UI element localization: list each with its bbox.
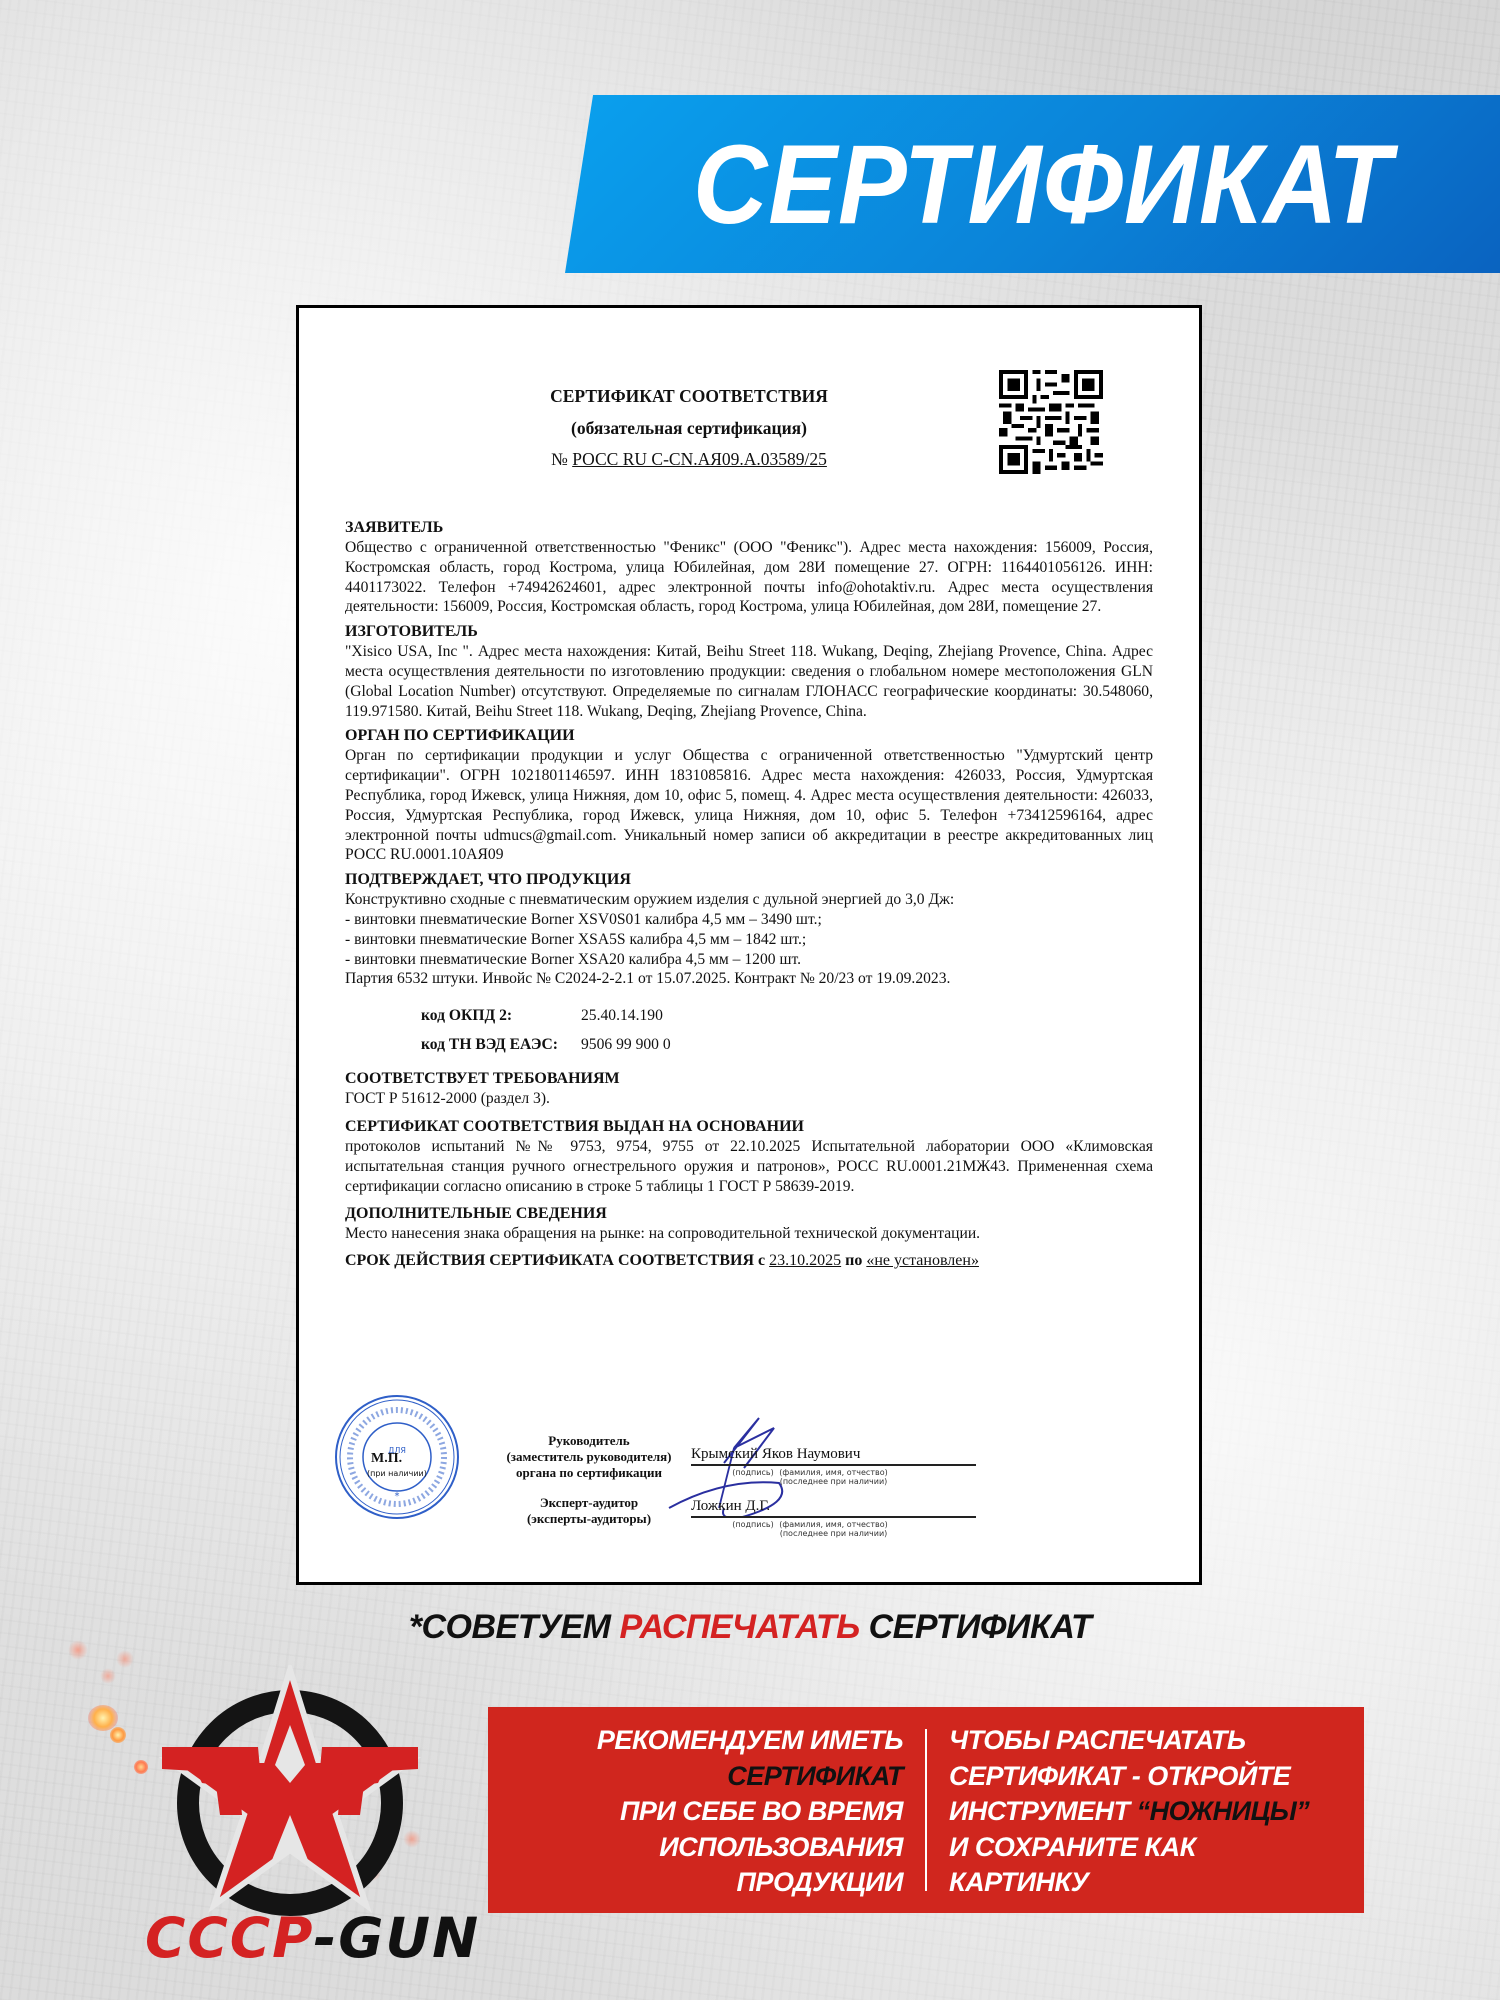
brand-part-gun: -GUN [313, 1906, 480, 1970]
title-banner: СЕРТИФИКАТ [565, 95, 1500, 273]
code-row-tnved: код ТН ВЭД ЕАЭС: 9506 99 900 0 [421, 1030, 1153, 1059]
info-box: РЕКОМЕНДУЕМ ИМЕТЬ СЕРТИФИКАТ ПРИ СЕБЕ ВО… [488, 1707, 1364, 1913]
section-heading: ПОДТВЕРЖДАЕТ, ЧТО ПРОДУКЦИЯ [345, 870, 1153, 890]
info-line: КАРТИНКУ [949, 1865, 1364, 1901]
advice-highlight: РАСПЕЧАТАТЬ [619, 1608, 859, 1646]
certificate-subtitle: (обязательная сертификация) [299, 412, 1079, 444]
info-line: И СОХРАНИТЕ КАК [949, 1830, 1364, 1866]
validity-label: СРОК ДЕЙСТВИЯ СЕРТИФИКАТА СООТВЕТСТВИЯ [345, 1252, 754, 1269]
number-prefix: № [551, 449, 568, 469]
certificate-title: СЕРТИФИКАТ СООТВЕТСТВИЯ [299, 380, 1079, 412]
section-manufacturer: ИЗГОТОВИТЕЛЬ "Xisico USA, Inc ". Адрес м… [345, 622, 1153, 721]
certificate-header: СЕРТИФИКАТ СООТВЕТСТВИЯ (обязательная се… [299, 380, 1079, 474]
expert-signatory-name: Ложкин Д.Г. [691, 1498, 770, 1515]
stamp-note: (при наличии) [367, 1469, 427, 1478]
svg-text:*: * [395, 1491, 400, 1502]
product-item: - винтовки пневматические Borner XSA20 к… [345, 950, 1153, 970]
info-line: ИНСТРУМЕНТ “НОЖНИЦЫ” [949, 1794, 1364, 1830]
head-name-line [691, 1464, 976, 1466]
code-label: код ТН ВЭД ЕАЭС: [421, 1030, 581, 1059]
section-text: ГОСТ Р 51612-2000 (раздел 3). [345, 1089, 1153, 1109]
code-value: 25.40.14.190 [581, 1001, 663, 1030]
info-line: РЕКОМЕНДУЕМ ИМЕТЬ [488, 1723, 903, 1759]
section-heading: СЕРТИФИКАТ СООТВЕТСТВИЯ ВЫДАН НА ОСНОВАН… [345, 1117, 1153, 1137]
section-cert-body: ОРГАН ПО СЕРТИФИКАЦИИ Орган по сертифика… [345, 726, 1153, 865]
section-additional: ДОПОЛНИТЕЛЬНЫЕ СВЕДЕНИЯ Место нанесения … [345, 1204, 1153, 1244]
section-basis: СЕРТИФИКАТ СООТВЕТСТВИЯ ВЫДАН НА ОСНОВАН… [345, 1117, 1153, 1196]
expert-name-line [691, 1516, 976, 1518]
info-line-part: ИНСТРУМЕНТ [949, 1796, 1137, 1826]
info-column-howto: ЧТОБЫ РАСПЕЧАТАТЬ СЕРТИФИКАТ - ОТКРОЙТЕ … [927, 1707, 1364, 1913]
section-requirements: СООТВЕТСТВУЕТ ТРЕБОВАНИЯМ ГОСТ Р 51612-2… [345, 1069, 1153, 1109]
validity-to-value: «не установлен» [866, 1252, 979, 1269]
certificate-document: СЕРТИФИКАТ СООТВЕТСТВИЯ (обязательная се… [296, 305, 1202, 1585]
product-codes: код ОКПД 2: 25.40.14.190 код ТН ВЭД ЕАЭС… [421, 1001, 1153, 1059]
product-item: - винтовки пневматические Borner XSV0S01… [345, 910, 1153, 930]
product-intro: Конструктивно сходные с пневматическим о… [345, 890, 1153, 910]
section-heading: ОРГАН ПО СЕРТИФИКАЦИИ [345, 726, 1153, 746]
section-heading: ИЗГОТОВИТЕЛЬ [345, 622, 1153, 642]
banner-title: СЕРТИФИКАТ [640, 95, 1445, 273]
head-role-line: (заместитель руководителя) [494, 1449, 684, 1465]
validity-from-date: 23.10.2025 [769, 1252, 841, 1269]
advice-prefix: *СОВЕТУЕМ [409, 1608, 620, 1646]
expert-role-line: (эксперты-аудиторы) [494, 1511, 684, 1527]
signatory-roles: Руководитель (заместитель руководителя) … [494, 1433, 684, 1527]
code-label: код ОКПД 2: [421, 1001, 581, 1030]
product-batch: Партия 6532 штуки. Инвойс № С2024-2-2.1 … [345, 969, 1153, 989]
section-text: Орган по сертификации продукции и услуг … [345, 746, 1153, 865]
certificate-number: № РОСС RU C-CN.АЯ09.А.03589/25 [299, 444, 1079, 474]
name-caption-line: (последнее при наличии) [691, 1529, 976, 1538]
section-product: ПОДТВЕРЖДАЕТ, ЧТО ПРОДУКЦИЯ Конструктивн… [345, 870, 1153, 1059]
section-text: Место нанесения знака обращения на рынке… [345, 1224, 1153, 1244]
head-signatory-name: Крымский Яков Наумович [691, 1446, 860, 1463]
section-heading: ДОПОЛНИТЕЛЬНЫЕ СВЕДЕНИЯ [345, 1204, 1153, 1224]
name-caption-line: (последнее при наличии) [691, 1477, 976, 1486]
name-caption-line: (фамилия, имя, отчество) [691, 1468, 976, 1477]
section-text: Общество с ограниченной ответственностью… [345, 538, 1153, 617]
info-line: ПРОДУКЦИИ [488, 1865, 903, 1901]
head-role-line: органа по сертификации [494, 1465, 684, 1481]
info-line-highlight: “НОЖНИЦЫ” [1137, 1796, 1310, 1826]
validity-from-word: с [758, 1252, 765, 1269]
head-name-caption: (фамилия, имя, отчество) (последнее при … [691, 1468, 976, 1486]
code-row-okpd: код ОКПД 2: 25.40.14.190 [421, 1001, 1153, 1030]
validity-to-word: по [845, 1252, 862, 1269]
info-line: ИСПОЛЬЗОВАНИЯ [488, 1830, 903, 1866]
section-text: "Xisico USA, Inc ". Адрес места нахожден… [345, 642, 1153, 721]
number-value: РОСС RU C-CN.АЯ09.А.03589/25 [572, 449, 827, 469]
product-item: - винтовки пневматические Borner XSA5S к… [345, 930, 1153, 950]
info-line: ЧТОБЫ РАСПЕЧАТАТЬ [949, 1723, 1364, 1759]
section-applicant: ЗАЯВИТЕЛЬ Общество с ограниченной ответс… [345, 518, 1153, 617]
info-column-recommend: РЕКОМЕНДУЕМ ИМЕТЬ СЕРТИФИКАТ ПРИ СЕБЕ ВО… [488, 1707, 925, 1913]
info-line-highlight: СЕРТИФИКАТ [488, 1759, 903, 1795]
qr-code-icon [999, 370, 1103, 474]
section-heading: СООТВЕТСТВУЕТ ТРЕБОВАНИЯМ [345, 1069, 1153, 1089]
head-role-line: Руководитель [494, 1433, 684, 1449]
section-heading: ЗАЯВИТЕЛЬ [345, 518, 1153, 538]
info-line: ПРИ СЕБЕ ВО ВРЕМЯ [488, 1794, 903, 1830]
expert-name-caption: (фамилия, имя, отчество) (последнее при … [691, 1520, 976, 1538]
certificate-body: ЗАЯВИТЕЛЬ Общество с ограниченной ответс… [345, 518, 1153, 1270]
section-text: протоколов испытаний №№ 9753, 9754, 9755… [345, 1137, 1153, 1196]
brand-part-cccp: CCCP [145, 1906, 313, 1970]
brand-wordmark: CCCP-GUN [145, 1906, 480, 1970]
code-value: 9506 99 900 0 [581, 1030, 671, 1059]
print-advice: *СОВЕТУЕМ РАСПЕЧАТАТЬ СЕРТИФИКАТ [0, 1608, 1500, 1647]
info-line: СЕРТИФИКАТ - ОТКРОЙТЕ [949, 1759, 1364, 1795]
validity-line: СРОК ДЕЙСТВИЯ СЕРТИФИКАТА СООТВЕТСТВИЯ с… [345, 1252, 1153, 1270]
advice-suffix: СЕРТИФИКАТ [860, 1608, 1092, 1646]
expert-role-line: Эксперт-аудитор [494, 1495, 684, 1511]
stamp-label: М.П. [371, 1451, 402, 1467]
name-caption-line: (фамилия, имя, отчество) [691, 1520, 976, 1529]
